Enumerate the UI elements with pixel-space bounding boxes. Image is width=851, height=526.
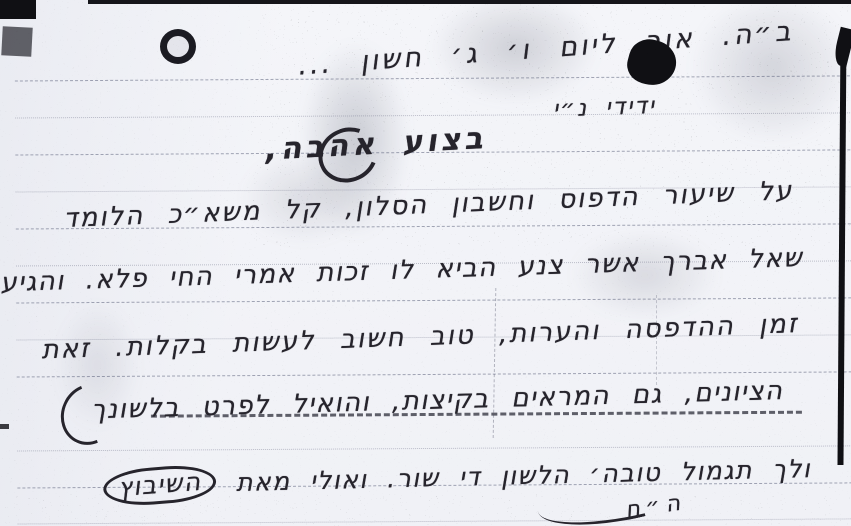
ruled-line	[16, 297, 851, 303]
handwritten-greeting: ידידי נ״י	[553, 93, 657, 123]
ruled-line	[15, 75, 850, 81]
ruled-line	[18, 518, 851, 524]
punch-hole-ring	[160, 29, 196, 64]
scan-corner-mark	[0, 0, 36, 19]
scanned-letter-page: ב״ה. אור ליום ו׳ ג׳ חשון ... ידידי נ״י ב…	[0, 0, 851, 526]
flourished-word: בלשונך	[90, 393, 180, 425]
circled-word: השיבוץ	[102, 463, 218, 509]
scan-corner-mark	[1, 26, 32, 57]
ruled-line	[15, 112, 850, 118]
scan-edge-shadow	[88, 0, 851, 4]
ruled-line	[17, 445, 851, 451]
scan-edge-mark	[0, 424, 9, 429]
